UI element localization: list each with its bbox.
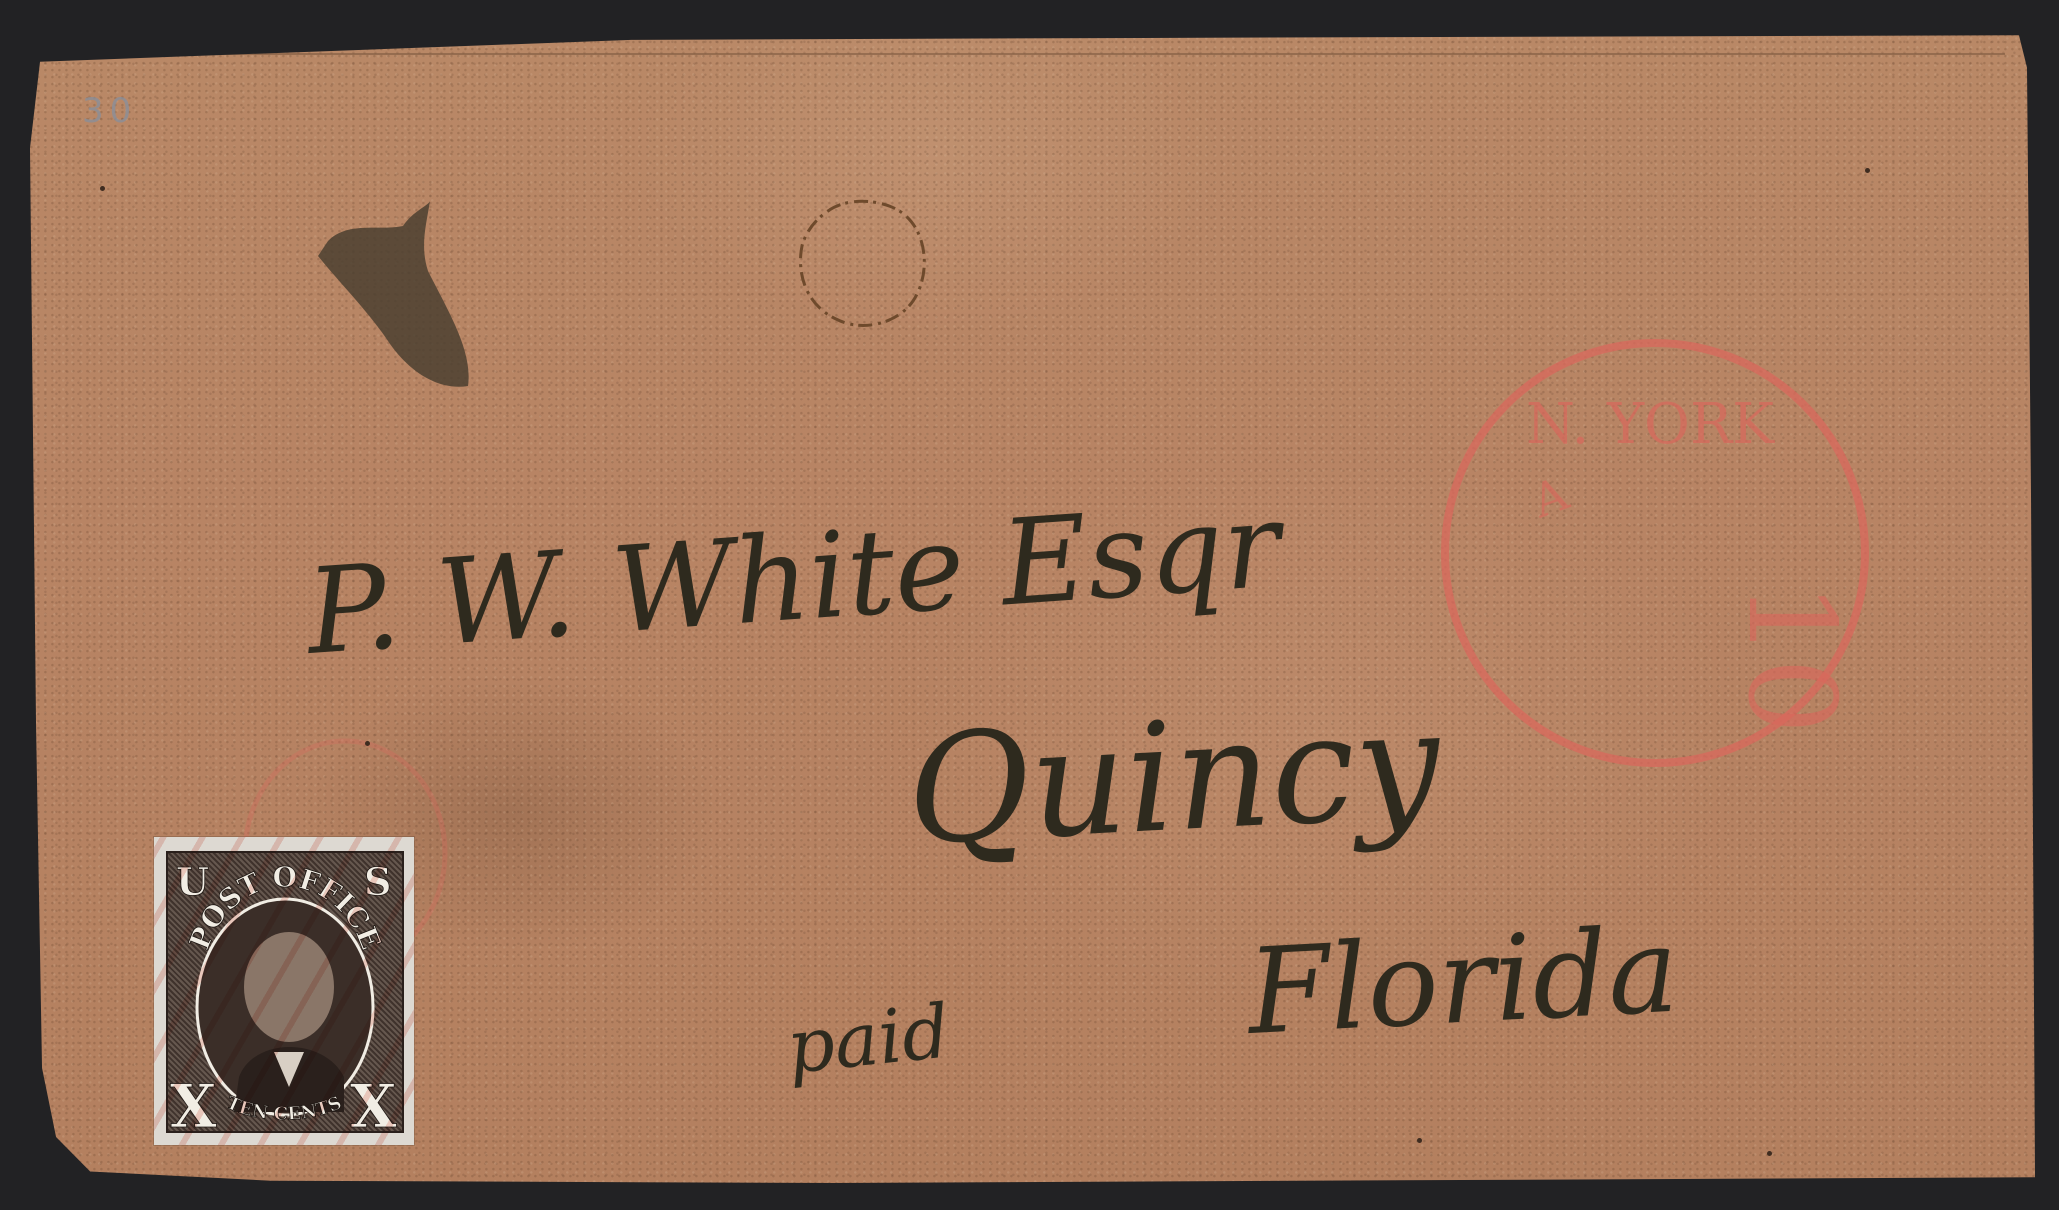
paper-speck	[1417, 1138, 1422, 1143]
paper-speck	[1865, 168, 1870, 173]
paid-marking: paid	[783, 988, 954, 1091]
address-line-state: Florida	[1242, 901, 1681, 1061]
paper-speck	[100, 186, 105, 191]
paper-speck	[1767, 1151, 1772, 1156]
envelope-cover: 30 N. YORK A 10 P. W. White Esqr Quincy …	[30, 33, 2035, 1183]
address-line-city: Quincy	[903, 677, 1447, 879]
stamp-cancellation	[154, 837, 414, 1145]
paper-speck	[365, 741, 370, 746]
address-line-name: P. W. White Esqr	[300, 475, 1290, 681]
postage-stamp: U S POST OFFICE X X TEN CENTS	[154, 837, 414, 1145]
